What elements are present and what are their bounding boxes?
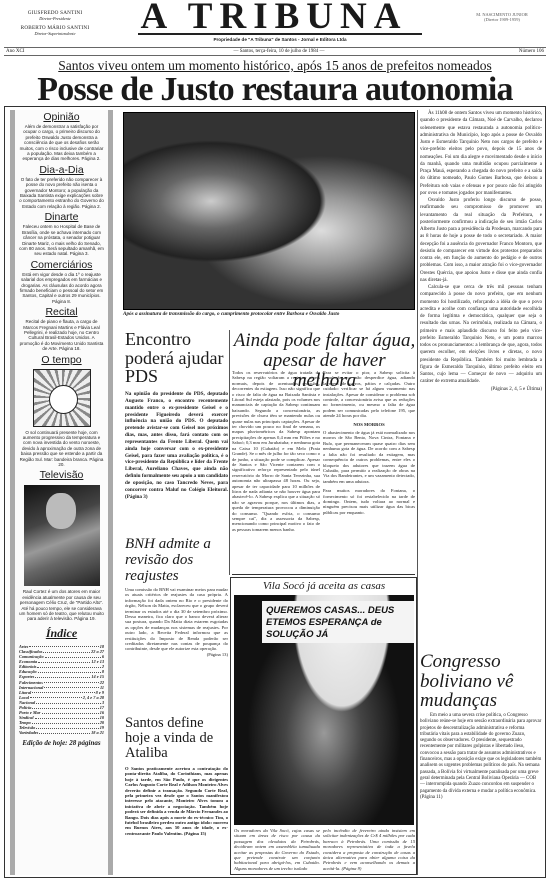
- edition-pages: Edição de hoje: 28 páginas: [19, 739, 104, 747]
- lead-story: Às 11h08 de ontem Santos viveu um moment…: [420, 110, 542, 393]
- sidebar-text: O fato de ter preferido não comparecer à…: [19, 177, 104, 209]
- sidebar: Opinião Além de demonstrar a satisfação …: [10, 110, 113, 875]
- inauguration-photo: [123, 112, 415, 310]
- index-page: 18 a 21: [91, 730, 104, 735]
- tv-actor-photo: [24, 485, 100, 586]
- vila-soco-headline[interactable]: Vila Socó já aceita as casas: [234, 580, 414, 592]
- column-divider: [417, 110, 418, 875]
- bnh-pages: (Página 13): [125, 652, 228, 657]
- sidebar-text: O sol continuará presente hoje, com aume…: [19, 430, 104, 468]
- index-list: Artes18 Classificados22 a 27 Comunicação…: [19, 644, 104, 736]
- main-headline: Posse de Justo restaura autonomia: [2, 73, 548, 107]
- bnh-body: Uma comissão do BNH vai examinar meios p…: [125, 587, 228, 652]
- agua-text: Para muitos moradores do Fontana, o forn…: [323, 488, 415, 515]
- sidebar-text: Recital de piano e flauta, a cargo de Ma…: [19, 319, 104, 351]
- protest-banner: QUEREMOS CASAS... DEUS ETEMOS ESPERANÇA …: [262, 601, 414, 643]
- masthead-staff: GIUSFREDO SANTINI Diretor-Presidente ROB…: [10, 10, 100, 40]
- santos-headline[interactable]: Santos define hoje a vinda de Ataliba: [125, 716, 225, 761]
- lead-paragraph: Às 11h08 de ontem Santos viveu um moment…: [420, 110, 542, 197]
- lead-paragraph: Calcula-se que cerca de três mil pessoas…: [420, 284, 542, 386]
- issue-number: Número 106: [519, 48, 544, 56]
- sidebar-heading-dia-a-dia[interactable]: Dia-a-Dia: [19, 164, 104, 177]
- sidebar-text: Faleceu ontem no Hospital de Base de Bra…: [19, 224, 104, 256]
- bnh-article: Uma comissão do BNH vai examinar meios p…: [125, 587, 228, 657]
- agua-text: Para se evitar o pior, a Sabesp solicita…: [323, 370, 415, 419]
- column-divider: [229, 330, 230, 575]
- sidebar-text: Está em vigor desde o dia 1º o reajuste …: [19, 272, 104, 304]
- date-label: — Santos, terça-feira, 10 de julho de 19…: [144, 48, 414, 56]
- masthead-rule: [138, 33, 422, 35]
- sidebar-text: Além de demonstrar a satisfação por ocup…: [19, 124, 104, 162]
- encontro-headline[interactable]: Encontro poderá ajudar PDS: [125, 330, 225, 386]
- congresso-article: Em meio a uma severa crise política, o C…: [420, 713, 542, 801]
- congresso-headline[interactable]: Congresso boliviano vê mudanças: [420, 652, 542, 711]
- congresso-body: Em meio a uma severa crise política, o C…: [420, 713, 542, 801]
- masthead-subtitle: Propriedade de "A Tribuna" de Santos - J…: [140, 37, 420, 42]
- sidebar-heading-comerciarios[interactable]: Comerciários: [19, 259, 104, 272]
- sidebar-heading-televisao[interactable]: Televisão: [19, 469, 104, 482]
- sidebar-heading-dinarte[interactable]: Dinarte: [19, 211, 104, 224]
- dateline: Ano XCI — Santos, terça-feira, 10 de jul…: [4, 47, 546, 56]
- sidebar-heading-opiniao[interactable]: Opinião: [19, 111, 104, 124]
- agua-column-2: Para se evitar o pior, a Sabesp solicita…: [323, 370, 415, 515]
- vila-soco-caption-left: Os moradores da Vila Socó, cujas casas s…: [234, 828, 320, 871]
- staff-role: Diretor-Superintendente: [10, 31, 100, 37]
- founder-role: (Diretor 1909-1959): [462, 17, 542, 22]
- sidebar-text: Raul Cortez é um dos atores em maior evi…: [19, 589, 104, 621]
- agua-column-1: Todos os reservatórios de água tratada d…: [232, 370, 320, 532]
- staff-role: Diretor-Presidente: [10, 16, 100, 22]
- index-title: Índice: [19, 626, 104, 641]
- index-row[interactable]: Variedades18 a 21: [19, 730, 104, 735]
- protest-photo: QUEREMOS CASAS... DEUS ETEMOS ESPERANÇA …: [234, 595, 414, 825]
- sun-weather-icon: [33, 369, 91, 427]
- section-divider: [232, 574, 415, 575]
- sidebar-heading-recital[interactable]: Recital: [19, 306, 104, 319]
- agua-text: O abastecimento de água já está normaliz…: [323, 430, 415, 484]
- santos-body: O Santos praticamente acertou a contrata…: [125, 766, 228, 836]
- year-label: Ano XCI: [6, 48, 24, 56]
- vila-soco-caption-right: pelo incêndio de fevereiro ainda insiste…: [323, 828, 415, 871]
- agua-subhead: NOS MORROS: [323, 422, 415, 427]
- photo-caption: Após a assinatura de transmissão do carg…: [123, 311, 415, 317]
- bnh-headline[interactable]: BNH admite a revisão dos reajustes: [125, 536, 225, 584]
- sidebar-heading-tempo[interactable]: O tempo: [19, 354, 104, 367]
- index-label: Variedades: [19, 730, 38, 735]
- lead-pages: (Páginas 2, 4, 5 e Última): [420, 386, 542, 393]
- encontro-body: Na opinião do presidente do PDS, deputad…: [125, 391, 228, 501]
- newspaper-title: A TRIBUNA: [138, 0, 410, 36]
- lead-paragraph: Osvaldo Justo proferiu longo discurso de…: [420, 197, 542, 284]
- masthead-founder: M. NASCIMENTO JUNIOR (Diretor 1909-1959): [462, 12, 542, 23]
